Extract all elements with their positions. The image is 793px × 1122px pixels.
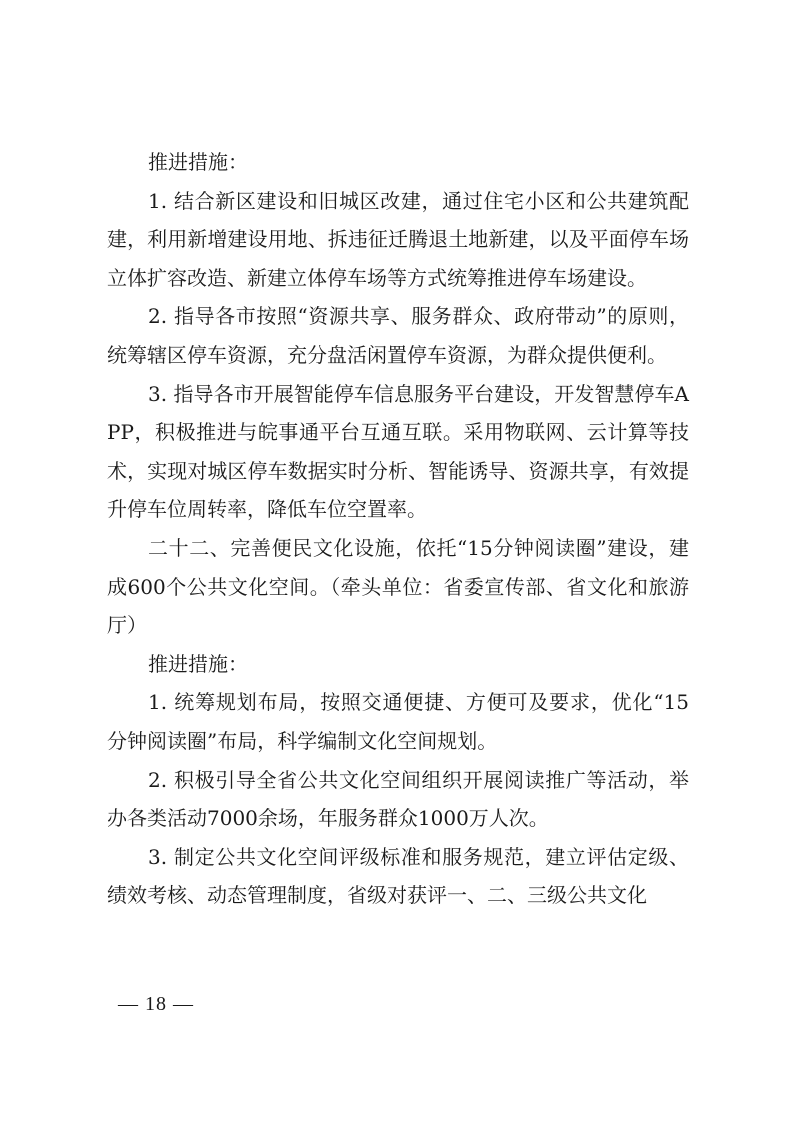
document-page: 推进措施： 1. 结合新区建设和旧城区改建，通过住宅小区和公共建筑配建，利用新增… [107, 143, 689, 915]
measure-item-2-3: 3. 制定公共文化空间评级标准和服务规范，建立评估定级、绩效考核、动态管理制度，… [107, 838, 689, 915]
measure-item-1-3: 3. 指导各市开展智能停车信息服务平台建设，开发智慧停车APP，积极推进与皖事通… [107, 375, 689, 529]
page-number: — 18 — [118, 993, 194, 1016]
measure-item-1-1: 1. 结合新区建设和旧城区改建，通过住宅小区和公共建筑配建，利用新增建设用地、拆… [107, 182, 689, 298]
measures-label-1: 推进措施： [107, 143, 689, 182]
measure-item-2-2: 2. 积极引导全省公共文化空间组织开展阅读推广等活动，举办各类活动7000余场，… [107, 761, 689, 838]
section-title-22: 二十二、完善便民文化设施，依托“15分钟阅读圈”建设，建成600个公共文化空间。… [107, 529, 689, 645]
measure-item-1-2: 2. 指导各市按照“资源共享、服务群众、政府带动”的原则，统筹辖区停车资源，充分… [107, 297, 689, 374]
measure-item-2-1: 1. 统筹规划布局，按照交通便捷、方便可及要求，优化“15分钟阅读圈”布局，科学… [107, 683, 689, 760]
measures-label-2: 推进措施： [107, 645, 689, 684]
